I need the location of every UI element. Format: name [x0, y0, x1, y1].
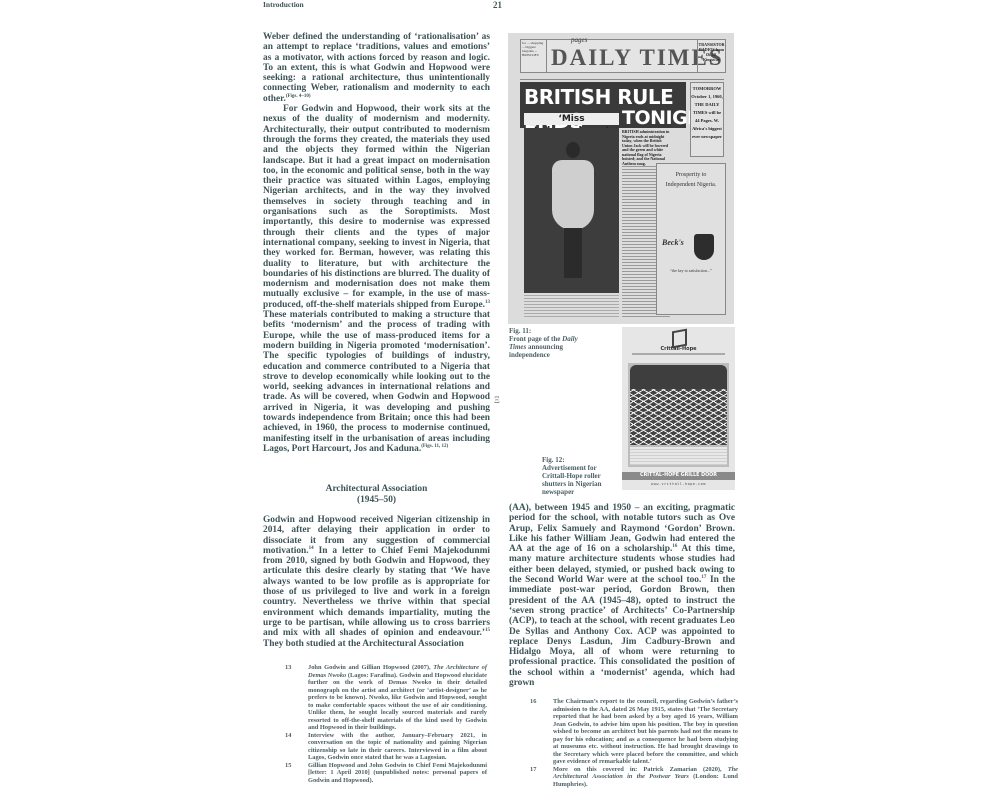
footnotes-left: 13John Godwin and Gillian Hopwood (2007)… — [283, 664, 487, 784]
figure-11-caption: Fig. 11: Front page of the Daily Times a… — [509, 327, 579, 359]
ad-headline: Prosperity to Independent Nigeria. — [657, 164, 725, 190]
subhead: ‘Miss Independence’ — [524, 113, 619, 125]
paragraph-text: They both studied at the Architectural A… — [263, 639, 464, 649]
left-column: Weber defined the understanding of ‘rati… — [263, 32, 490, 454]
masthead-left-ad: for ... shopping ... biggest bargains ..… — [521, 40, 547, 72]
side-box-tomorrow: TOMORROW October 1, 1960, THE DAILY TIME… — [690, 82, 724, 157]
footnote-13: 13John Godwin and Gillian Hopwood (2007)… — [283, 664, 487, 732]
figure-label: Fig. 11: — [509, 327, 579, 335]
footnote-ref[interactable]: 13 — [485, 300, 490, 305]
footnote-ref[interactable]: 15 — [485, 628, 490, 633]
dateline — [520, 74, 724, 80]
menu-icon: Ξ — [494, 395, 500, 405]
paragraph-text: In a letter to Chief Femi Majekodunmi fr… — [263, 546, 490, 638]
paragraph-aa: (AA), between 1945 and 1950 – an excitin… — [509, 503, 735, 688]
footnote-number: 14 — [283, 732, 308, 762]
pages-tag: pages — [571, 36, 587, 44]
caption-part: Front page of the — [509, 335, 562, 343]
paragraph-citizenship: Godwin and Hopwood received Nigerian cit… — [263, 515, 490, 649]
right-column: (AA), between 1945 and 1950 – an excitin… — [509, 503, 735, 688]
paragraph-duality: For Godwin and Hopwood, their work sits … — [263, 104, 490, 454]
paragraph-weber: Weber defined the understanding of ‘rati… — [263, 32, 490, 104]
section-dates: (1945–50) — [263, 495, 490, 506]
footnote-16: 16The Chairman’s report to the council, … — [528, 698, 738, 766]
footnote-text: Interview with the author, January–Febru… — [308, 732, 487, 762]
section-body: Godwin and Hopwood received Nigerian cit… — [263, 515, 490, 649]
figure-caption-text: Advertisement for Crittall-Hope roller s… — [542, 464, 612, 496]
newspaper-masthead: for ... shopping ... biggest bargains ..… — [520, 39, 726, 73]
photo-figure-legs — [564, 228, 582, 278]
article-lead: BRITISH administration in Nigeria ends a… — [622, 130, 670, 166]
paragraph-text: For Godwin and Hopwood, their work sits … — [263, 104, 490, 310]
footnote-number: 16 — [528, 698, 553, 766]
footnote-text: John Godwin and Gillian Hopwood (2007), … — [308, 664, 487, 732]
footnote-text: Gillian Hopwood and John Godwin to Chief… — [308, 762, 487, 785]
grille-mesh — [630, 389, 727, 445]
figure-11-newspaper-image: for ... shopping ... biggest bargains ..… — [508, 33, 734, 324]
page-number: 21 — [493, 0, 502, 10]
footnote-text: More on this covered in: Patrick Zamaria… — [553, 766, 738, 789]
miss-independence-photo — [524, 128, 619, 293]
footnotes-right: 16The Chairman’s report to the council, … — [528, 698, 738, 788]
footnote-number: 13 — [283, 664, 308, 732]
door-base — [630, 447, 727, 465]
masthead-right-ad: TRANSISTOR RADIOS from £6. 10. Kingsway — [697, 40, 725, 72]
footnote-text-part: (Lagos: Farafina). Godwin and Hopwood el… — [308, 672, 487, 732]
door-top — [630, 365, 727, 389]
paragraph-text: These materials contributed to making a … — [263, 310, 490, 454]
key-shield-icon — [694, 234, 714, 260]
ad-slogan: “the key to satisfaction...” — [657, 266, 725, 275]
figure-ref: (Figs. 11, 12) — [421, 444, 448, 449]
section-title: Architectural Association — [263, 484, 490, 495]
running-head: Introduction — [263, 0, 503, 9]
footnote-text-part: John Godwin and Gillian Hopwood (2007), — [308, 664, 433, 671]
figure-label: Fig. 12: — [542, 456, 612, 464]
figure-ref: (Figs. 4–10) — [286, 94, 311, 99]
footnote-17: 17More on this covered in: Patrick Zamar… — [528, 766, 738, 789]
photo-caption-text — [524, 295, 619, 319]
figure-caption-text: Front page of the Daily Times announcing… — [509, 335, 579, 359]
footnote-text-part: More on this covered in: Patrick Zamaria… — [553, 766, 728, 773]
footnote-14: 14Interview with the author, January–Feb… — [283, 732, 487, 762]
footnote-text: The Chairman’s report to the council, re… — [553, 698, 738, 766]
figure-12-caption: Fig. 12: Advertisement for Crittall-Hope… — [542, 456, 612, 496]
photo-figure-head — [566, 142, 580, 158]
photo-figure-dress — [552, 160, 594, 230]
ad-banner: CRITTAL-HOPE GRILLE DOOR — [622, 472, 735, 480]
footnote-15: 15Gillian Hopwood and John Godwin to Chi… — [283, 762, 487, 785]
figure-12-advertisement-image: Crittall-Hope CRITTAL-HOPE GRILLE DOOR w… — [622, 327, 735, 490]
crittall-brand: Crittall-Hope — [622, 346, 735, 352]
becks-logo: Beck's — [662, 238, 684, 247]
becks-advertisement: Prosperity to Independent Nigeria. Beck'… — [656, 163, 726, 315]
grille-door-illustration — [628, 363, 729, 467]
footnote-number: 17 — [528, 766, 553, 789]
ad-url: www.crittall-hope.com — [622, 482, 735, 486]
section-heading: Architectural Association (1945–50) — [263, 484, 490, 505]
paragraph-text: In the immediate post-war period, Gordon… — [509, 575, 735, 688]
footnote-number: 15 — [283, 762, 308, 785]
tagline — [632, 353, 725, 355]
